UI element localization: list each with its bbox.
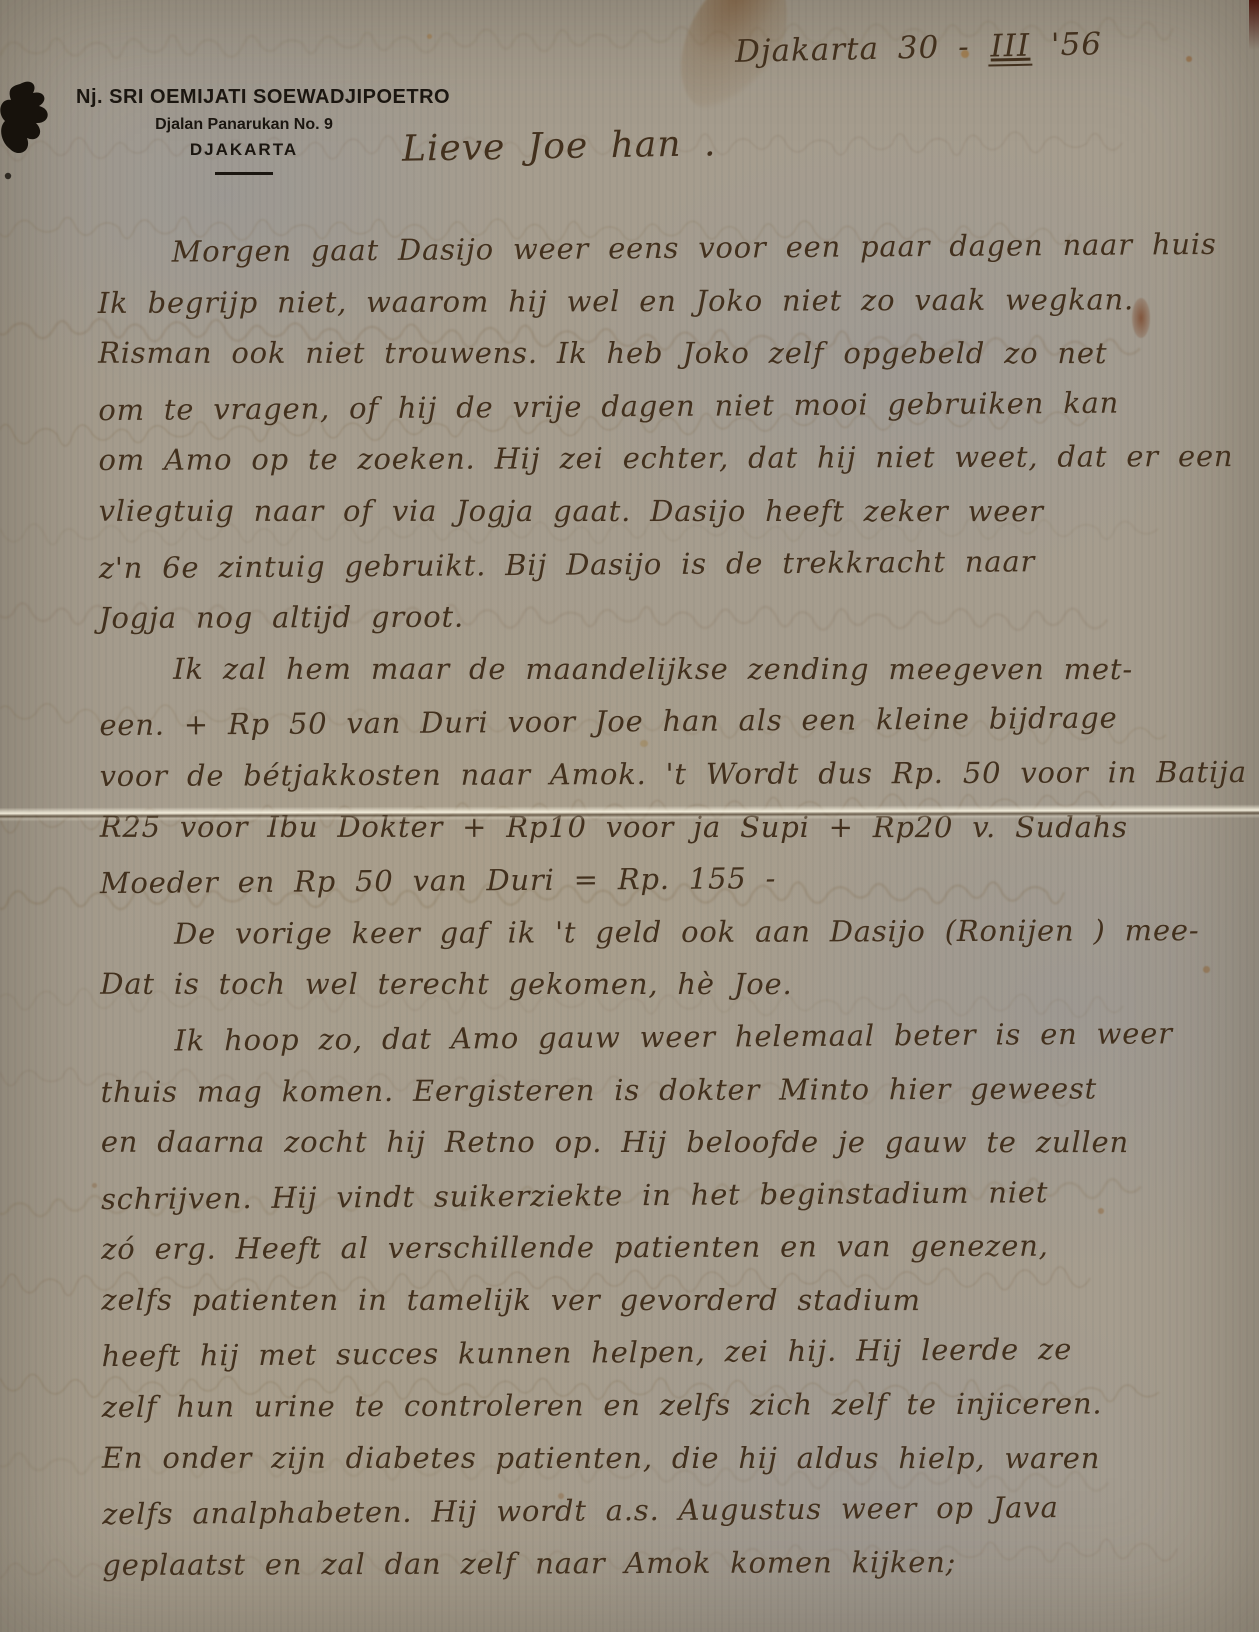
salutation: Lieve Joe han .	[402, 123, 717, 169]
letter-page: Nj. SRI OEMIJATI SOEWADJIPOETRO Djalan P…	[0, 0, 1259, 1632]
handwritten-line: zelfs patienten in tamelijk ver gevorder…	[101, 1274, 1221, 1327]
letter-body: Morgen gaat Dasijo weer eens voor een pa…	[98, 220, 1223, 1591]
date-suffix: '56	[1051, 26, 1103, 63]
handwritten-line: om Amo op te zoeken. Hij zei echter, dat…	[98, 430, 1218, 487]
stain-top-right-corner	[1249, 0, 1259, 50]
letterhead-address: Djalan Panarukan No. 9	[76, 116, 412, 134]
handwritten-line: Jogja nog altijd groot.	[99, 588, 1219, 645]
handwritten-line: geplaatst en zal dan zelf naar Amok kome…	[102, 1535, 1222, 1592]
handwritten-line: En onder zijn diabetes patienten, die hi…	[102, 1431, 1222, 1484]
handwritten-line: R25 voor Ibu Dokter + Rp10 voor ja Supi …	[100, 800, 1220, 853]
handwritten-line: zó erg. Heeft al verschillende patienten…	[101, 1219, 1221, 1276]
rust-speck	[92, 1183, 97, 1188]
handwritten-line: een. + Rp 50 van Duri voor Joe han als e…	[99, 691, 1219, 752]
date-prefix: Djakarta 30 -	[735, 29, 970, 70]
rust-speck	[1186, 56, 1192, 62]
handwritten-line: Dat is toch wel terecht gekomen, hè Joe.	[100, 958, 1220, 1011]
date-line: Djakarta 30 - III '56	[735, 26, 1103, 70]
handwritten-line: De vorige keer gaf ik 't geld ook aan Da…	[100, 904, 1220, 961]
handwritten-line: om te vragen, of hij de vrije dagen niet…	[98, 376, 1218, 437]
handwritten-line: schrijven. Hij vindt suikerziekte in het…	[101, 1165, 1221, 1226]
handwritten-line: voor de bétjakkosten naar Amok. 't Wordt…	[99, 746, 1219, 803]
letterhead-name: Nj. SRI OEMIJATI SOEWADJIPOETRO	[76, 86, 412, 109]
handwritten-line: Ik begrijp niet, waarom hij wel en Joko …	[98, 273, 1218, 330]
handwritten-line: vliegtuig naar of via Jogja gaat. Dasijo…	[99, 485, 1219, 538]
handwritten-line: heeft hij met succes kunnen helpen, zei …	[101, 1322, 1221, 1383]
handwritten-line: Ik hoop zo, dat Amo gauw weer helemaal b…	[100, 1007, 1220, 1068]
handwritten-line: Ik zal hem maar de maandelijkse zending …	[99, 643, 1219, 696]
handwritten-line: zelfs analphabeten. Hij wordt a.s. Augus…	[102, 1480, 1222, 1541]
handwritten-line: zelf hun urine te controleren en zelfs z…	[102, 1377, 1222, 1434]
letterhead-divider	[215, 172, 273, 175]
ink-blot	[0, 76, 62, 200]
date-roman-numeral: III	[988, 28, 1033, 67]
handwritten-line: en daarna zocht hij Retno op. Hij beloof…	[101, 1116, 1221, 1169]
letterhead: Nj. SRI OEMIJATI SOEWADJIPOETRO Djalan P…	[76, 86, 412, 175]
handwritten-line: Moeder en Rp 50 van Duri = Rp. 155 -	[100, 849, 1220, 910]
handwritten-line: thuis mag komen. Eergisteren is dokter M…	[101, 1062, 1221, 1119]
handwritten-line: Risman ook niet trouwens. Ik heb Joko ze…	[98, 327, 1218, 380]
letterhead-city: DJAKARTA	[76, 140, 412, 160]
handwritten-line: Morgen gaat Dasijo weer eens voor een pa…	[98, 218, 1218, 279]
rust-speck	[427, 34, 432, 39]
handwritten-line: z'n 6e zintuig gebruikt. Bij Dasijo is d…	[99, 533, 1219, 594]
